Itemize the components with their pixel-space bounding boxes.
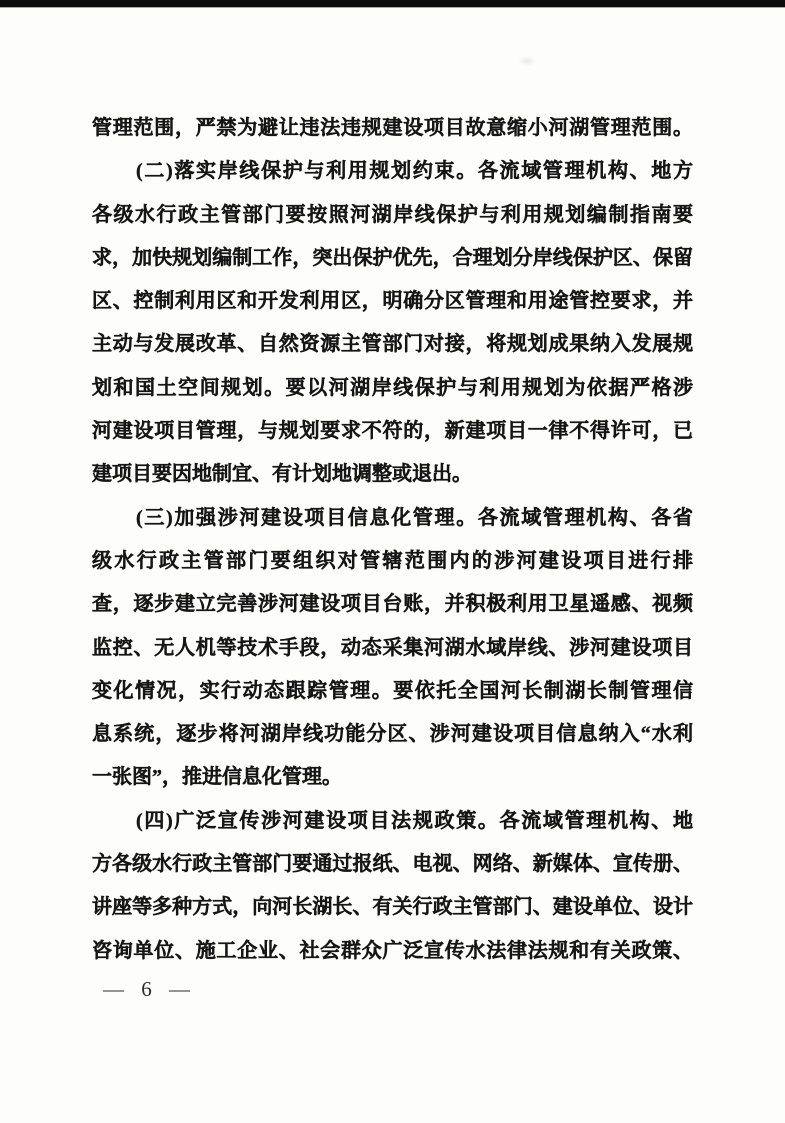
body-line: 求，加快规划编制工作，突出保护优先，合理划分岸线保护区、保留 [92, 237, 693, 280]
body-line: 变化情况，实行动态跟踪管理。要依托全国河长制湖长制管理信 [92, 670, 693, 713]
body-line: 讲座等多种方式，向河长湖长、有关行政主管部门、建设单位、设计 [92, 886, 693, 929]
body-line: 区、控制利用区和开发利用区，明确分区管理和用途管控要求，并 [92, 280, 693, 323]
body-line: 查，逐步建立完善涉河建设项目台账，并积极利用卫星遥感、视频 [92, 583, 693, 626]
body-line: 各级水行政主管部门要按照河湖岸线保护与利用规划编制指南要 [92, 194, 693, 237]
body-line-paragraph-2-end: 建项目要因地制宜、有计划地调整或退出。 [92, 453, 693, 496]
body-line-paragraph-4-start: (四)广泛宣传涉河建设项目法规政策。各流域管理机构、地 [92, 800, 693, 843]
body-line: 管理范围，严禁为避让违法违规建设项目故意缩小河湖管理范围。 [92, 107, 693, 150]
body-line-paragraph-2-start: (二)落实岸线保护与利用规划约束。各流域管理机构、地方 [92, 150, 693, 193]
body-line: 划和国土空间规划。要以河湖岸线保护与利用规划为依据严格涉 [92, 367, 693, 410]
document-page: 管理范围，严禁为避让违法违规建设项目故意缩小河湖管理范围。 (二)落实岸线保护与… [0, 0, 785, 1123]
body-text: 管理范围，严禁为避让违法违规建设项目故意缩小河湖管理范围。 (二)落实岸线保护与… [92, 107, 693, 973]
scan-edge-artifact [0, 0, 785, 7]
body-line-paragraph-3-start: (三)加强涉河建设项目信息化管理。各流域管理机构、各省 [92, 497, 693, 540]
body-line: 河建设项目管理，与规划要求不符的，新建项目一律不得许可，已 [92, 410, 693, 453]
body-line: 监控、无人机等技术手段，动态采集河湖水域岸线、涉河建设项目 [92, 627, 693, 670]
body-line: 息系统，逐步将河湖岸线功能分区、涉河建设项目信息纳入“水利 [92, 713, 693, 756]
body-line: 咨询单位、施工企业、社会群众广泛宣传水法律法规和有关政策、 [92, 930, 693, 973]
body-line: 方各级水行政主管部门要通过报纸、电视、网络、新媒体、宣传册、 [92, 843, 693, 886]
body-line: 主动与发展改革、自然资源主管部门对接，将规划成果纳入发展规 [92, 323, 693, 366]
body-line-paragraph-3-end: 一张图”，推进信息化管理。 [92, 756, 693, 799]
page-number: — 6 — [103, 977, 196, 1002]
body-line: 级水行政主管部门要组织对管辖范围内的涉河建设项目进行排 [92, 540, 693, 583]
photocopy-smudge [518, 56, 536, 66]
